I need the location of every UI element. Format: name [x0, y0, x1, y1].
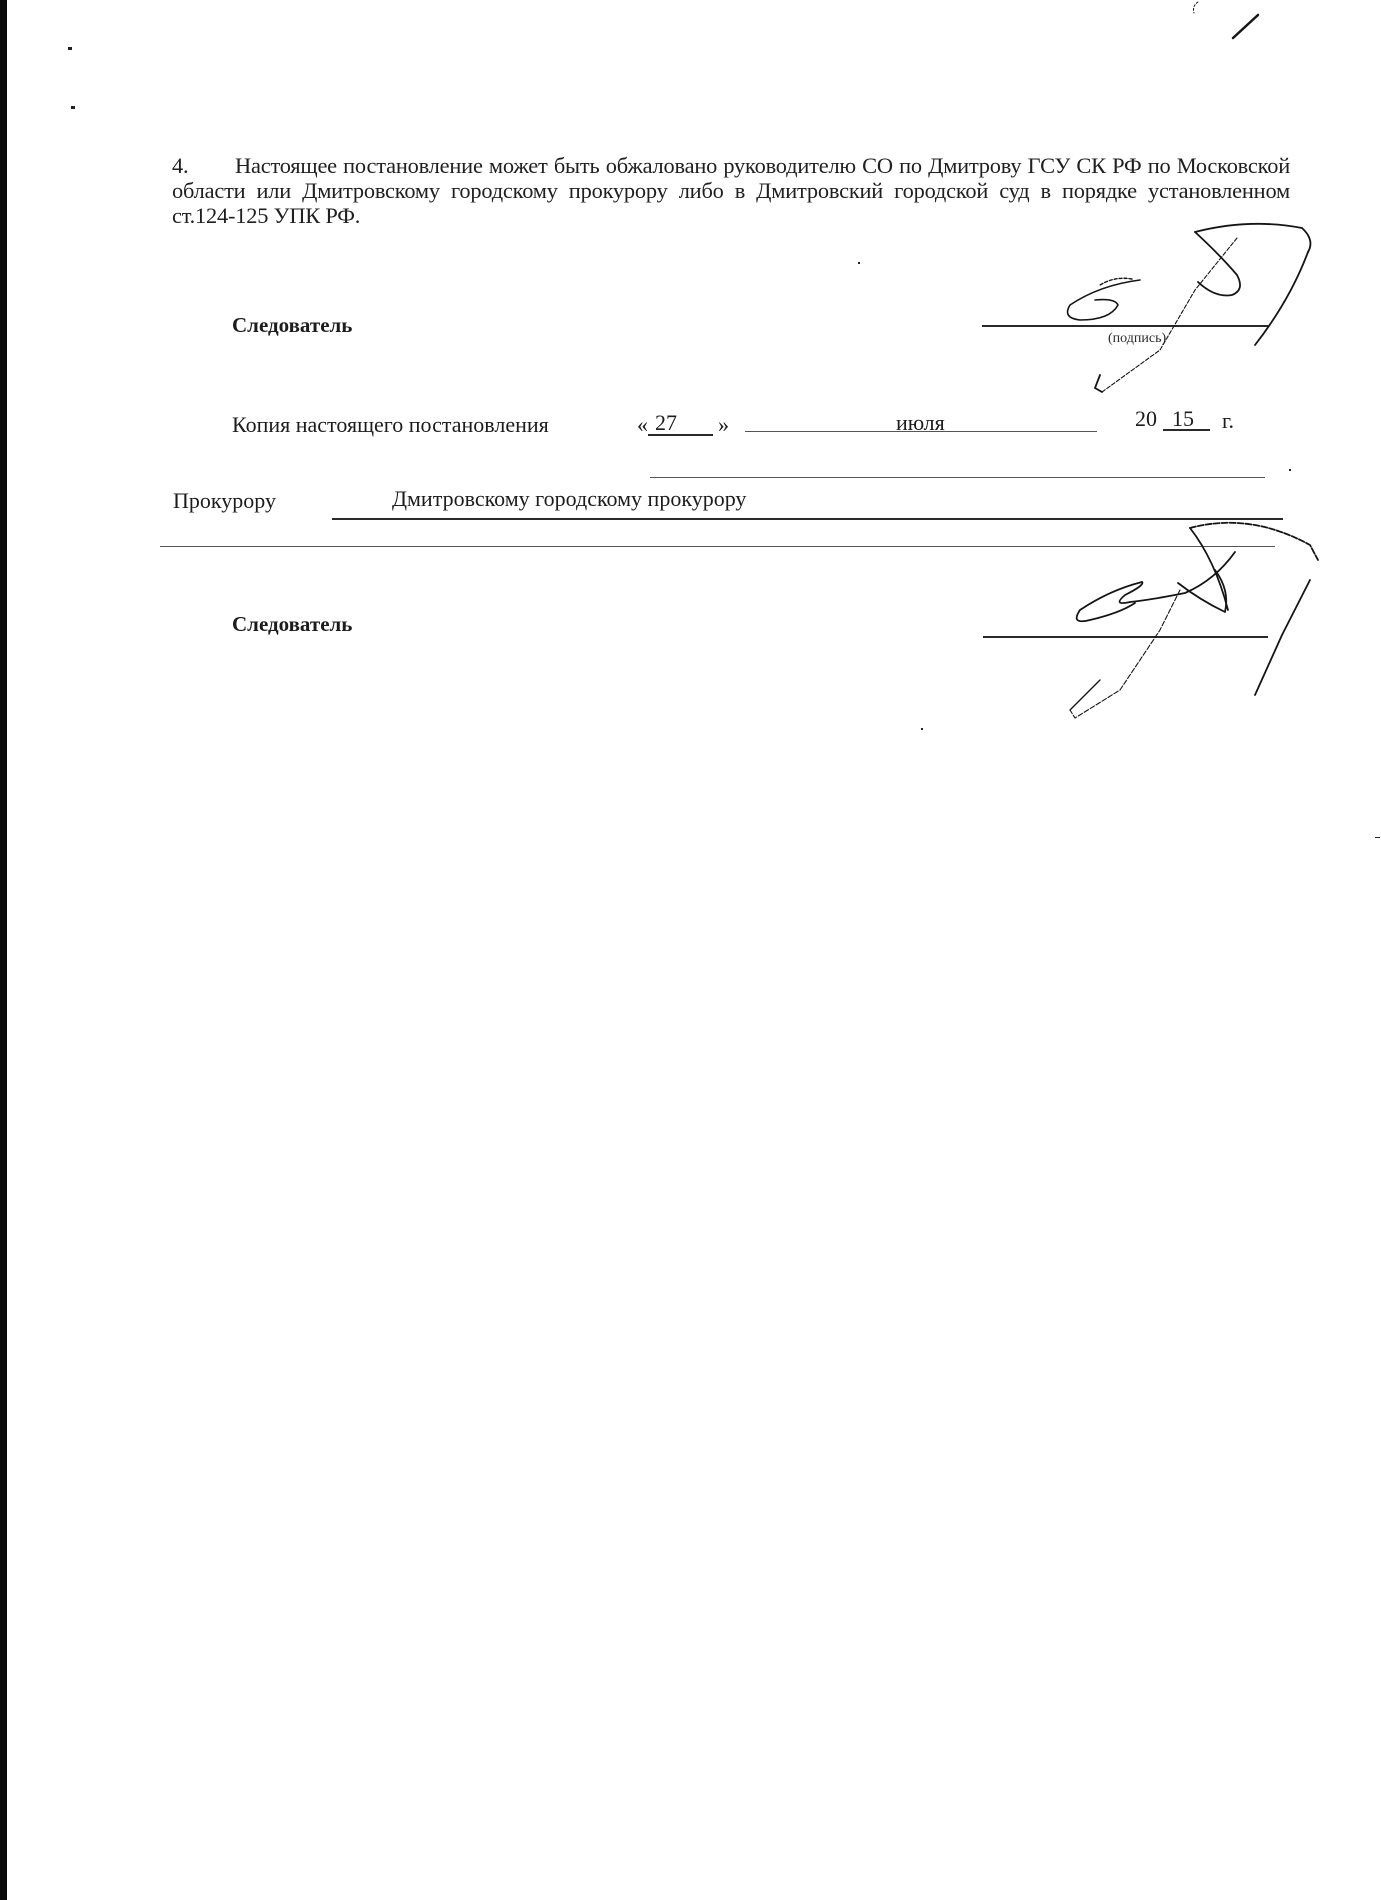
paragraph-text: Настоящее постановление может быть обжал… [172, 153, 1290, 228]
day-underline [648, 434, 713, 436]
copy-day: 27 [655, 412, 677, 434]
copy-year-abbr: г. [1222, 410, 1234, 432]
copy-open-quote: « [637, 414, 648, 436]
paragraph-4: 4.Настоящее постановление может быть обж… [172, 153, 1290, 228]
year-underline [1163, 429, 1210, 431]
recipient-label: Прокурору [173, 490, 276, 512]
paragraph-number: 4. [172, 153, 235, 178]
recipient-value: Дмитровскому городскому прокурору [392, 488, 746, 510]
scan-speck [1289, 469, 1291, 471]
signature-1-icon [1068, 224, 1311, 392]
copy-year-suffix: 15 [1172, 408, 1194, 430]
month-underline [745, 431, 1097, 432]
scan-speck [71, 106, 75, 109]
scan-speck [858, 262, 860, 264]
signature-line-1 [982, 325, 1268, 327]
investigator-label-2: Следователь [232, 614, 352, 635]
recipient-underline [332, 518, 1283, 520]
signature-2-icon: L [1070, 523, 1318, 718]
copy-year-prefix: 20 [1135, 408, 1157, 430]
signature-caption: (подпись) [1108, 332, 1166, 346]
blank-line [650, 477, 1265, 478]
handwritten-signatures: L [0, 0, 1381, 1900]
separator-line [160, 546, 1275, 547]
scan-speck [921, 728, 923, 730]
pen-mark-icon [1233, 15, 1258, 38]
copy-line-prefix: Копия настоящего постановления [232, 414, 549, 436]
investigator-label-1: Следователь [232, 315, 352, 336]
scan-edge-strip [0, 0, 7, 1900]
copy-close-quote: » [718, 414, 729, 436]
signature-line-2 [983, 636, 1268, 638]
scan-speck [1375, 837, 1380, 838]
scan-speck [68, 47, 72, 50]
